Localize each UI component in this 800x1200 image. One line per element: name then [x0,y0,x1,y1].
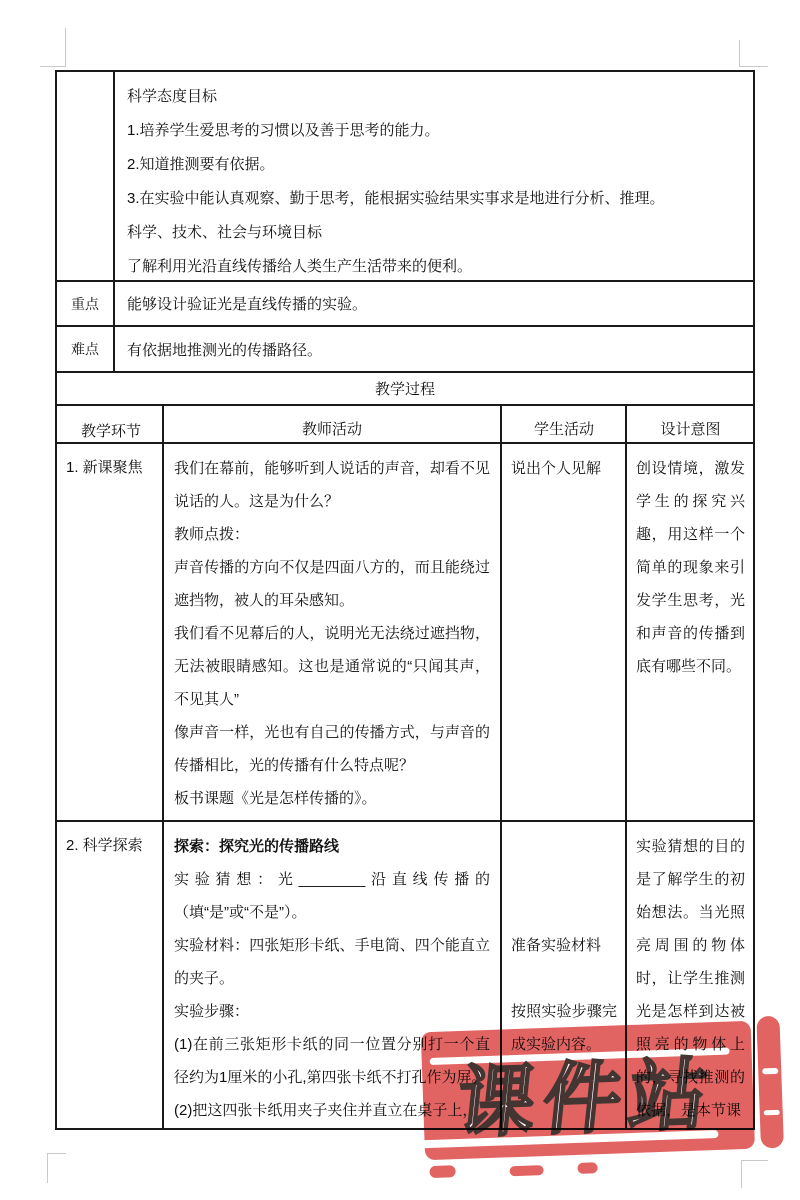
stamp-right-edge [756,1016,784,1149]
table-header-row: 教学环节 教师活动 学生活动 设计意图 [57,404,753,442]
header-student-activity: 学生活动 [500,406,625,442]
teacher-paragraph: 实验材料：四张矩形卡纸、手电筒、四个能直立的夹子。 [174,929,490,995]
difficulty-text: 有依据地推测光的传播路径。 [113,327,753,371]
table-row-goals: 科学态度目标 1.培养学生爱思考的习惯以及善于思考的能力。 2.知道推测要有依据… [57,72,753,280]
stamp-distress [577,1162,597,1174]
goal-line: 3.在实验中能认真观察、勤于思考，能根据实验结果实事求是地进行分析、推理。 [127,182,741,216]
crop-mark-bottom-left [47,1153,66,1154]
stage-1-design-intent: 创设情境，激发学生的探究兴趣，用这样一个简单的现象来引发学生思考，光和声音的传播… [625,444,753,820]
stamp-text: 课件站 [423,1039,750,1146]
header-stage: 教学环节 [57,406,162,442]
crop-mark-top-left [65,28,66,67]
teacher-heading: 探索：探究光的传播路线 [174,830,490,863]
crop-mark-top-right [739,66,768,67]
stamp-distress [429,1165,455,1178]
student-paragraph: 说出个人见解 [511,452,617,485]
goal-line: 1.培养学生爱思考的习惯以及善于思考的能力。 [127,114,741,148]
goal-line: 了解利用光沿直线传播给人类生产生活带来的便利。 [127,250,741,280]
goal-line: 科学、技术、社会与环境目标 [127,216,741,250]
key-point-label: 重点 [57,282,113,325]
table-row-difficulty: 难点 有依据地推测光的传播路径。 [57,325,753,371]
goal-line: 2.知道推测要有依据。 [127,148,741,182]
teacher-paragraph: 板书课题《光是怎样传播的》。 [174,782,490,815]
table-row-process-title: 教学过程 [57,371,753,404]
lesson-plan-table: 科学态度目标 1.培养学生爱思考的习惯以及善于思考的能力。 2.知道推测要有依据… [55,70,755,1130]
stamp-distress [509,1165,543,1176]
crop-mark-bottom-left [47,1153,48,1183]
key-point-text: 能够设计验证光是直线传播的实验。 [113,282,753,325]
teacher-paragraph: 我们看不见幕后的人，说明光无法绕过遮挡物，无法被眼睛感知。这也是通常说的“只闻其… [174,617,490,716]
crop-mark-top-left [40,66,66,67]
table-row-key-point: 重点 能够设计验证光是直线传播的实验。 [57,280,753,325]
watermark-stamp: 课件站 [412,1006,793,1184]
crop-mark-top-right [739,40,740,67]
teacher-paragraph: 像声音一样，光也有自己的传播方式，与声音的传播相比，光的传播有什么特点呢？ [174,716,490,782]
stamp-distress [762,1068,778,1075]
teacher-paragraph: 声音传播的方向不仅是四面八方的，而且能绕过遮挡物，被人的耳朵感知。 [174,551,490,617]
goal-line: 科学态度目标 [127,80,741,114]
header-design-intent: 设计意图 [625,406,753,442]
stage-1-teacher-activity: 我们在幕前，能够听到人说话的声音，却看不见说话的人。这是为什么？ 教师点拨： 声… [162,444,500,820]
table-row-stage-1: 1. 新课聚焦 我们在幕前，能够听到人说话的声音，却看不见说话的人。这是为什么？… [57,442,753,820]
stage-2-name: 2. 科学探索 [57,822,162,1128]
difficulty-label: 难点 [57,327,113,371]
teacher-paragraph: 我们在幕前，能够听到人说话的声音，却看不见说话的人。这是为什么？ [174,452,490,518]
goals-content-cell: 科学态度目标 1.培养学生爱思考的习惯以及善于思考的能力。 2.知道推测要有依据… [113,72,753,280]
header-teacher-activity: 教师活动 [162,406,500,442]
teacher-paragraph: 教师点拨： [174,518,490,551]
student-paragraph: 准备实验材料 [511,929,617,962]
stage-1-name: 1. 新课聚焦 [57,444,162,820]
stage-1-student-activity: 说出个人见解 [500,444,625,820]
intent-paragraph: 创设情境，激发学生的探究兴趣，用这样一个简单的现象来引发学生思考，光和声音的传播… [636,452,745,683]
stamp-distress [764,1110,780,1116]
document-page: 科学态度目标 1.培养学生爱思考的习惯以及善于思考的能力。 2.知道推测要有依据… [0,0,800,1200]
teacher-paragraph: 实验猜想：光________沿直线传播的（填“是”或“不是”）。 [174,863,490,929]
goals-label-cell [57,72,113,280]
process-title: 教学过程 [57,373,753,404]
